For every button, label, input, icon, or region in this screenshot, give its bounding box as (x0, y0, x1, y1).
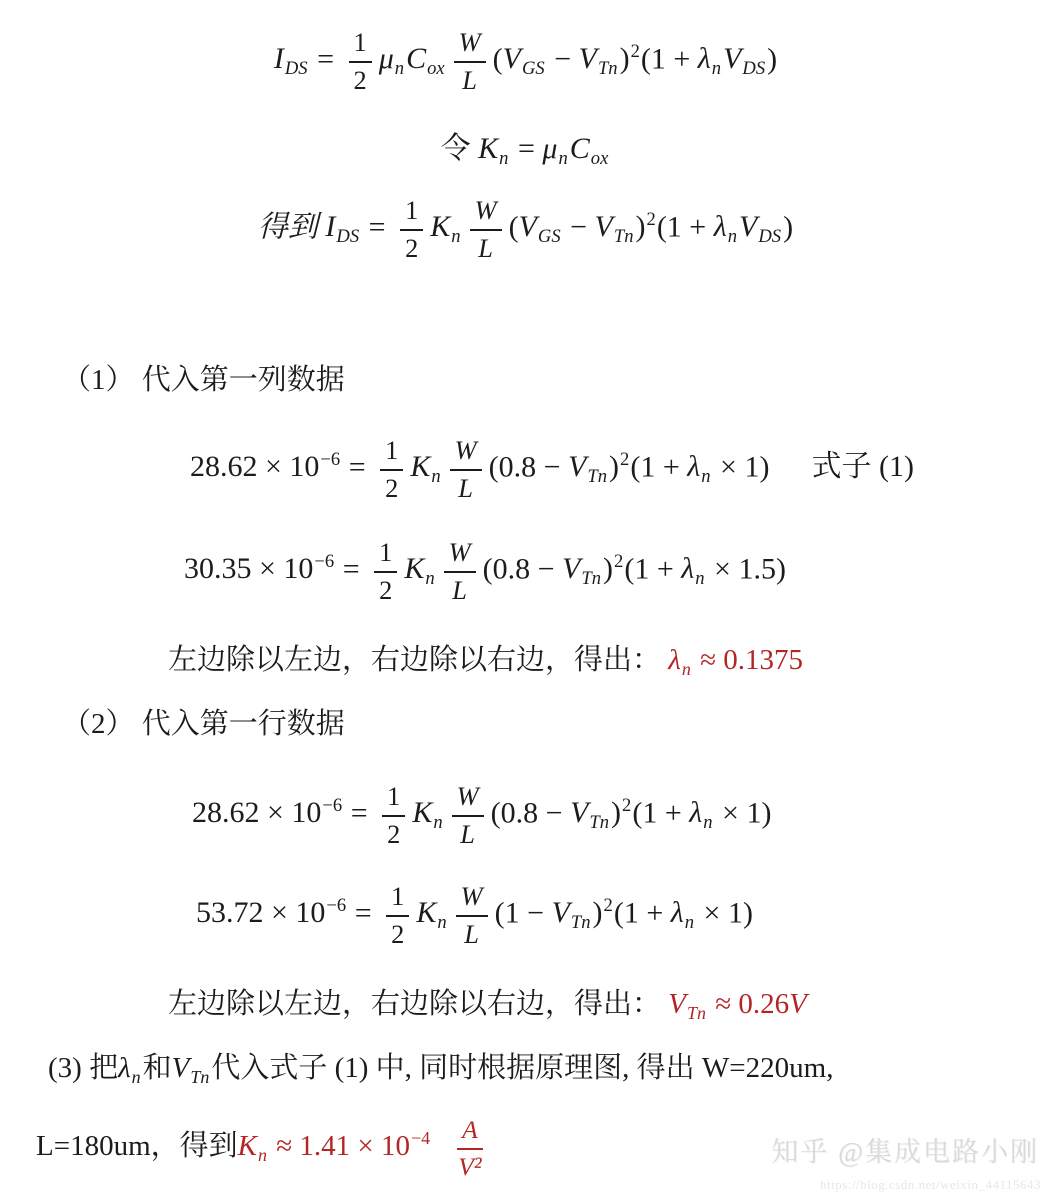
math-token: )2 (609, 450, 630, 483)
watermark-url: https://blog.csdn.net/weixin_44115643 (820, 1177, 1041, 1193)
math-token: = (335, 552, 367, 585)
math-token: μn (542, 132, 569, 165)
math-token: = (510, 132, 542, 165)
math-token: λn (118, 1052, 143, 1084)
math-token: 令 (441, 132, 479, 165)
math-token: 28.62 × 10−6 (192, 796, 343, 829)
math-token: VGS (519, 210, 563, 243)
math-token: VTn (595, 210, 636, 243)
math-token: IDS (325, 210, 361, 243)
formula-ids-with-kn: 得到 IDS = 12KnWL(VGS − VTn)2(1 + λnVDS) (0, 196, 1051, 263)
math-token: VTn (568, 450, 609, 483)
math-token: Kn (412, 796, 444, 829)
math-token: (0.8 − (483, 552, 562, 585)
math-token: VDS (739, 210, 783, 243)
math-token: λn (689, 796, 714, 829)
math-token: V (789, 988, 807, 1020)
math-token: 53.72 × 10−6 (196, 896, 347, 929)
fraction: WL (470, 196, 502, 263)
fraction: WL (456, 882, 488, 949)
math-token: − (547, 42, 579, 75)
formula-ids-definition: IDS = 12μnCoxWL(VGS − VTn)2(1 + λnVDS) (0, 28, 1051, 95)
fraction: AV² (457, 1116, 483, 1181)
formula-kn-definition: 令 Kn = μnCox (0, 130, 1051, 170)
equation-2-first-row: 53.72 × 10−6 = 12KnWL(1 − VTn)2(1 + λn ×… (196, 882, 753, 949)
math-token: × 1) (713, 450, 770, 483)
math-token: VTn (579, 42, 620, 75)
math-token: (1 + (624, 552, 681, 585)
math-token: 左边除以左边，右边除以右边，得出： (168, 988, 668, 1020)
math-token: VTn (570, 796, 611, 829)
watermark-author: 知乎 @集成电路小刚 (771, 1136, 1039, 1170)
math-token: = (343, 796, 375, 829)
step-3-text: (3) 把λn和VTn代入式子 (1) 中, 同时根据原理图, 得出 W=220… (48, 1050, 833, 1088)
math-token: Cox (570, 132, 611, 165)
section-2-heading: （2） 代入第一行数据 (62, 706, 345, 742)
math-token: × 1) (696, 896, 753, 929)
math-token: ≈ 0.1375 (693, 644, 803, 676)
math-token: (1 + (641, 42, 698, 75)
math-token: ≈ 0.26 (708, 988, 789, 1020)
math-token: (1 + (657, 210, 714, 243)
math-token: Kn (416, 896, 448, 929)
math-token: 式子 (1) (811, 450, 913, 483)
math-token: λn (668, 644, 693, 676)
equation-2-first-column: 30.35 × 10−6 = 12KnWL(0.8 − VTn)2(1 + λn… (184, 538, 786, 605)
fraction: WL (454, 28, 486, 95)
math-token: 30.35 × 10−6 (184, 552, 335, 585)
fraction: 12 (374, 538, 397, 605)
math-token: VTn (552, 896, 593, 929)
equation-1-first-row: 28.62 × 10−6 = 12KnWL(0.8 − VTn)2(1 + λn… (192, 782, 771, 849)
math-token: ≈ 1.41 × 10−4 (269, 1130, 431, 1162)
math-token: λn (681, 552, 706, 585)
math-token: Kn (410, 450, 442, 483)
math-token: (3) 把 (48, 1052, 118, 1084)
math-token: )2 (611, 796, 632, 829)
math-token: ( (493, 42, 503, 75)
math-token: × 1.5) (707, 552, 786, 585)
math-token: λn (698, 42, 723, 75)
math-token: Kn (478, 132, 510, 165)
math-token: 和 (143, 1052, 172, 1084)
math-token: Kn (238, 1130, 269, 1162)
fraction: WL (450, 436, 482, 503)
math-token: Kn (404, 552, 436, 585)
divide-result-lambda: 左边除以左边，右边除以右边，得出： λn ≈ 0.1375 (168, 642, 803, 680)
fraction: WL (452, 782, 484, 849)
math-token: 28.62 × 10−6 (190, 450, 341, 483)
equation-1-first-column: 28.62 × 10−6 = 12KnWL(0.8 − VTn)2(1 + λn… (190, 436, 914, 503)
math-token: (1 + (632, 796, 689, 829)
section-1-heading: （1） 代入第一列数据 (62, 362, 345, 398)
math-token: − (563, 210, 595, 243)
math-token: ) (783, 210, 793, 243)
step-3-result: L=180um，得到Kn ≈ 1.41 × 10−4AV² (36, 1116, 490, 1181)
math-token: VTn (668, 988, 708, 1020)
math-token: (1 − (495, 896, 552, 929)
math-token: (0.8 − (489, 450, 568, 483)
math-token: × 1) (715, 796, 772, 829)
math-token: (1 + (614, 896, 671, 929)
math-token: ( (509, 210, 519, 243)
fraction: 12 (382, 782, 405, 849)
math-token: (0.8 − (491, 796, 570, 829)
math-token: VTn (562, 552, 603, 585)
fraction: 12 (386, 882, 409, 949)
fraction: 12 (349, 28, 372, 95)
math-token: 代入式子 (1) 中, 同时根据原理图, 得出 W=220um, (211, 1052, 833, 1084)
math-token: 左边除以左边，右边除以右边，得出： (168, 644, 668, 676)
math-token: = (361, 210, 393, 243)
math-token: )2 (636, 210, 657, 243)
math-token: VTn (172, 1052, 212, 1084)
math-token: Kn (430, 210, 462, 243)
math-token: )2 (603, 552, 624, 585)
math-token: VDS (723, 42, 767, 75)
fraction: 12 (380, 436, 403, 503)
math-token: λn (714, 210, 739, 243)
math-token: = (310, 42, 342, 75)
math-token: ) (767, 42, 777, 75)
math-token: = (341, 450, 373, 483)
math-token: λn (671, 896, 696, 929)
math-token: IDS (274, 42, 310, 75)
math-token: (1 + (630, 450, 687, 483)
math-token: 得到 (258, 210, 326, 243)
divide-result-vtn: 左边除以左边，右边除以右边，得出： VTn ≈ 0.26V (168, 986, 807, 1024)
math-token: )2 (593, 896, 614, 929)
math-token: μn (379, 42, 406, 75)
math-token: VGS (503, 42, 547, 75)
math-token: L=180um，得到 (36, 1130, 238, 1162)
math-token: λn (687, 450, 712, 483)
fraction: WL (444, 538, 476, 605)
fraction: 12 (400, 196, 423, 263)
math-token: Cox (406, 42, 447, 75)
math-token: = (347, 896, 379, 929)
math-token: )2 (620, 42, 641, 75)
